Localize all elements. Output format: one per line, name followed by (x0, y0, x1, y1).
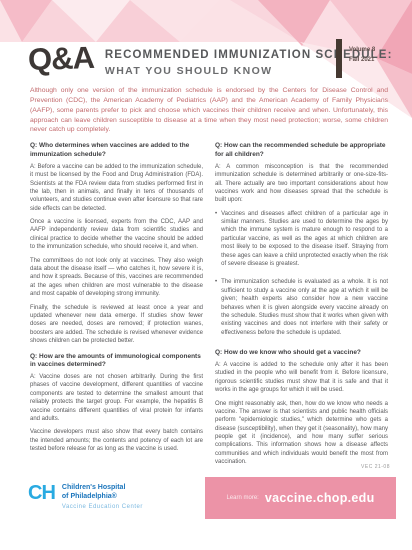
right-column: Q: How can the recommended schedule be a… (215, 142, 388, 471)
answer-paragraph: A: Vaccine doses are not chosen arbitrar… (30, 373, 203, 423)
bullet-text: The immunization schedule is evaluated a… (221, 278, 388, 337)
answer-paragraph: A: A common misconception is that the re… (215, 163, 388, 205)
page-subtitle: WHAT YOU SHOULD KNOW (105, 65, 393, 77)
website-url[interactable]: vaccine.chop.edu (265, 491, 375, 505)
answer-paragraph: The committees do not look only at vacci… (30, 257, 203, 299)
question-heading: Q: How can the recommended schedule be a… (215, 142, 388, 160)
learn-more-label: Learn more: (226, 495, 258, 501)
bullet-icon: • (215, 278, 217, 342)
bullet-text: Vaccines and diseases affect children of… (221, 210, 388, 269)
bullet-item: • Vaccines and diseases affect children … (215, 210, 388, 274)
answer-paragraph: Once a vaccine is licensed, experts from… (30, 218, 203, 252)
answer-paragraph: Finally, the schedule is reviewed at lea… (30, 304, 203, 346)
chop-logo: CH Children's Hospital of Philadelphia® … (28, 483, 143, 510)
org-subunit: Vaccine Education Center (62, 504, 143, 510)
chop-logo-icon: CH (28, 483, 55, 503)
question-heading: Q: Who determines when vaccines are adde… (30, 142, 203, 160)
document-body: Although only one version of the immuniz… (30, 86, 388, 472)
qa-series-logo: Q&A (27, 41, 94, 77)
two-column-layout: Q: Who determines when vaccines are adde… (30, 142, 388, 471)
issue-volume: Volume 8 (349, 45, 375, 55)
answer-paragraph: A: Before a vaccine can be added to the … (30, 163, 203, 213)
chop-logo-text: Children's Hospital of Philadelphia® Vac… (62, 483, 143, 510)
bullet-icon: • (215, 210, 217, 274)
learn-more-link-banner[interactable]: Learn more: vaccine.chop.edu (205, 477, 396, 519)
answer-paragraph: A: A vaccine is added to the schedule on… (215, 361, 388, 395)
left-column: Q: Who determines when vaccines are adde… (30, 142, 203, 471)
question-heading: Q: How are the amounts of immunological … (30, 353, 203, 371)
org-name-line1: Children's Hospital (62, 483, 143, 492)
document-page: Q&A RECOMMENDED IMMUNIZATION SCHEDULE: W… (0, 0, 412, 550)
bullet-item: • The immunization schedule is evaluated… (215, 278, 388, 342)
intro-paragraph: Although only one version of the immuniz… (30, 86, 388, 135)
document-code: VEC 21-08 (361, 464, 390, 470)
issue-date: Fall 2021 (349, 55, 375, 65)
badge-divider-bar (336, 39, 342, 78)
answer-paragraph: Vaccine developers must also show that e… (30, 428, 203, 453)
answer-paragraph: One might reasonably ask, then, how do w… (215, 400, 388, 467)
org-name-line2: of Philadelphia® (62, 492, 143, 501)
issue-badge: Volume 8 Fall 2021 (349, 45, 375, 65)
question-heading: Q: How do we know who should get a vacci… (215, 349, 388, 358)
